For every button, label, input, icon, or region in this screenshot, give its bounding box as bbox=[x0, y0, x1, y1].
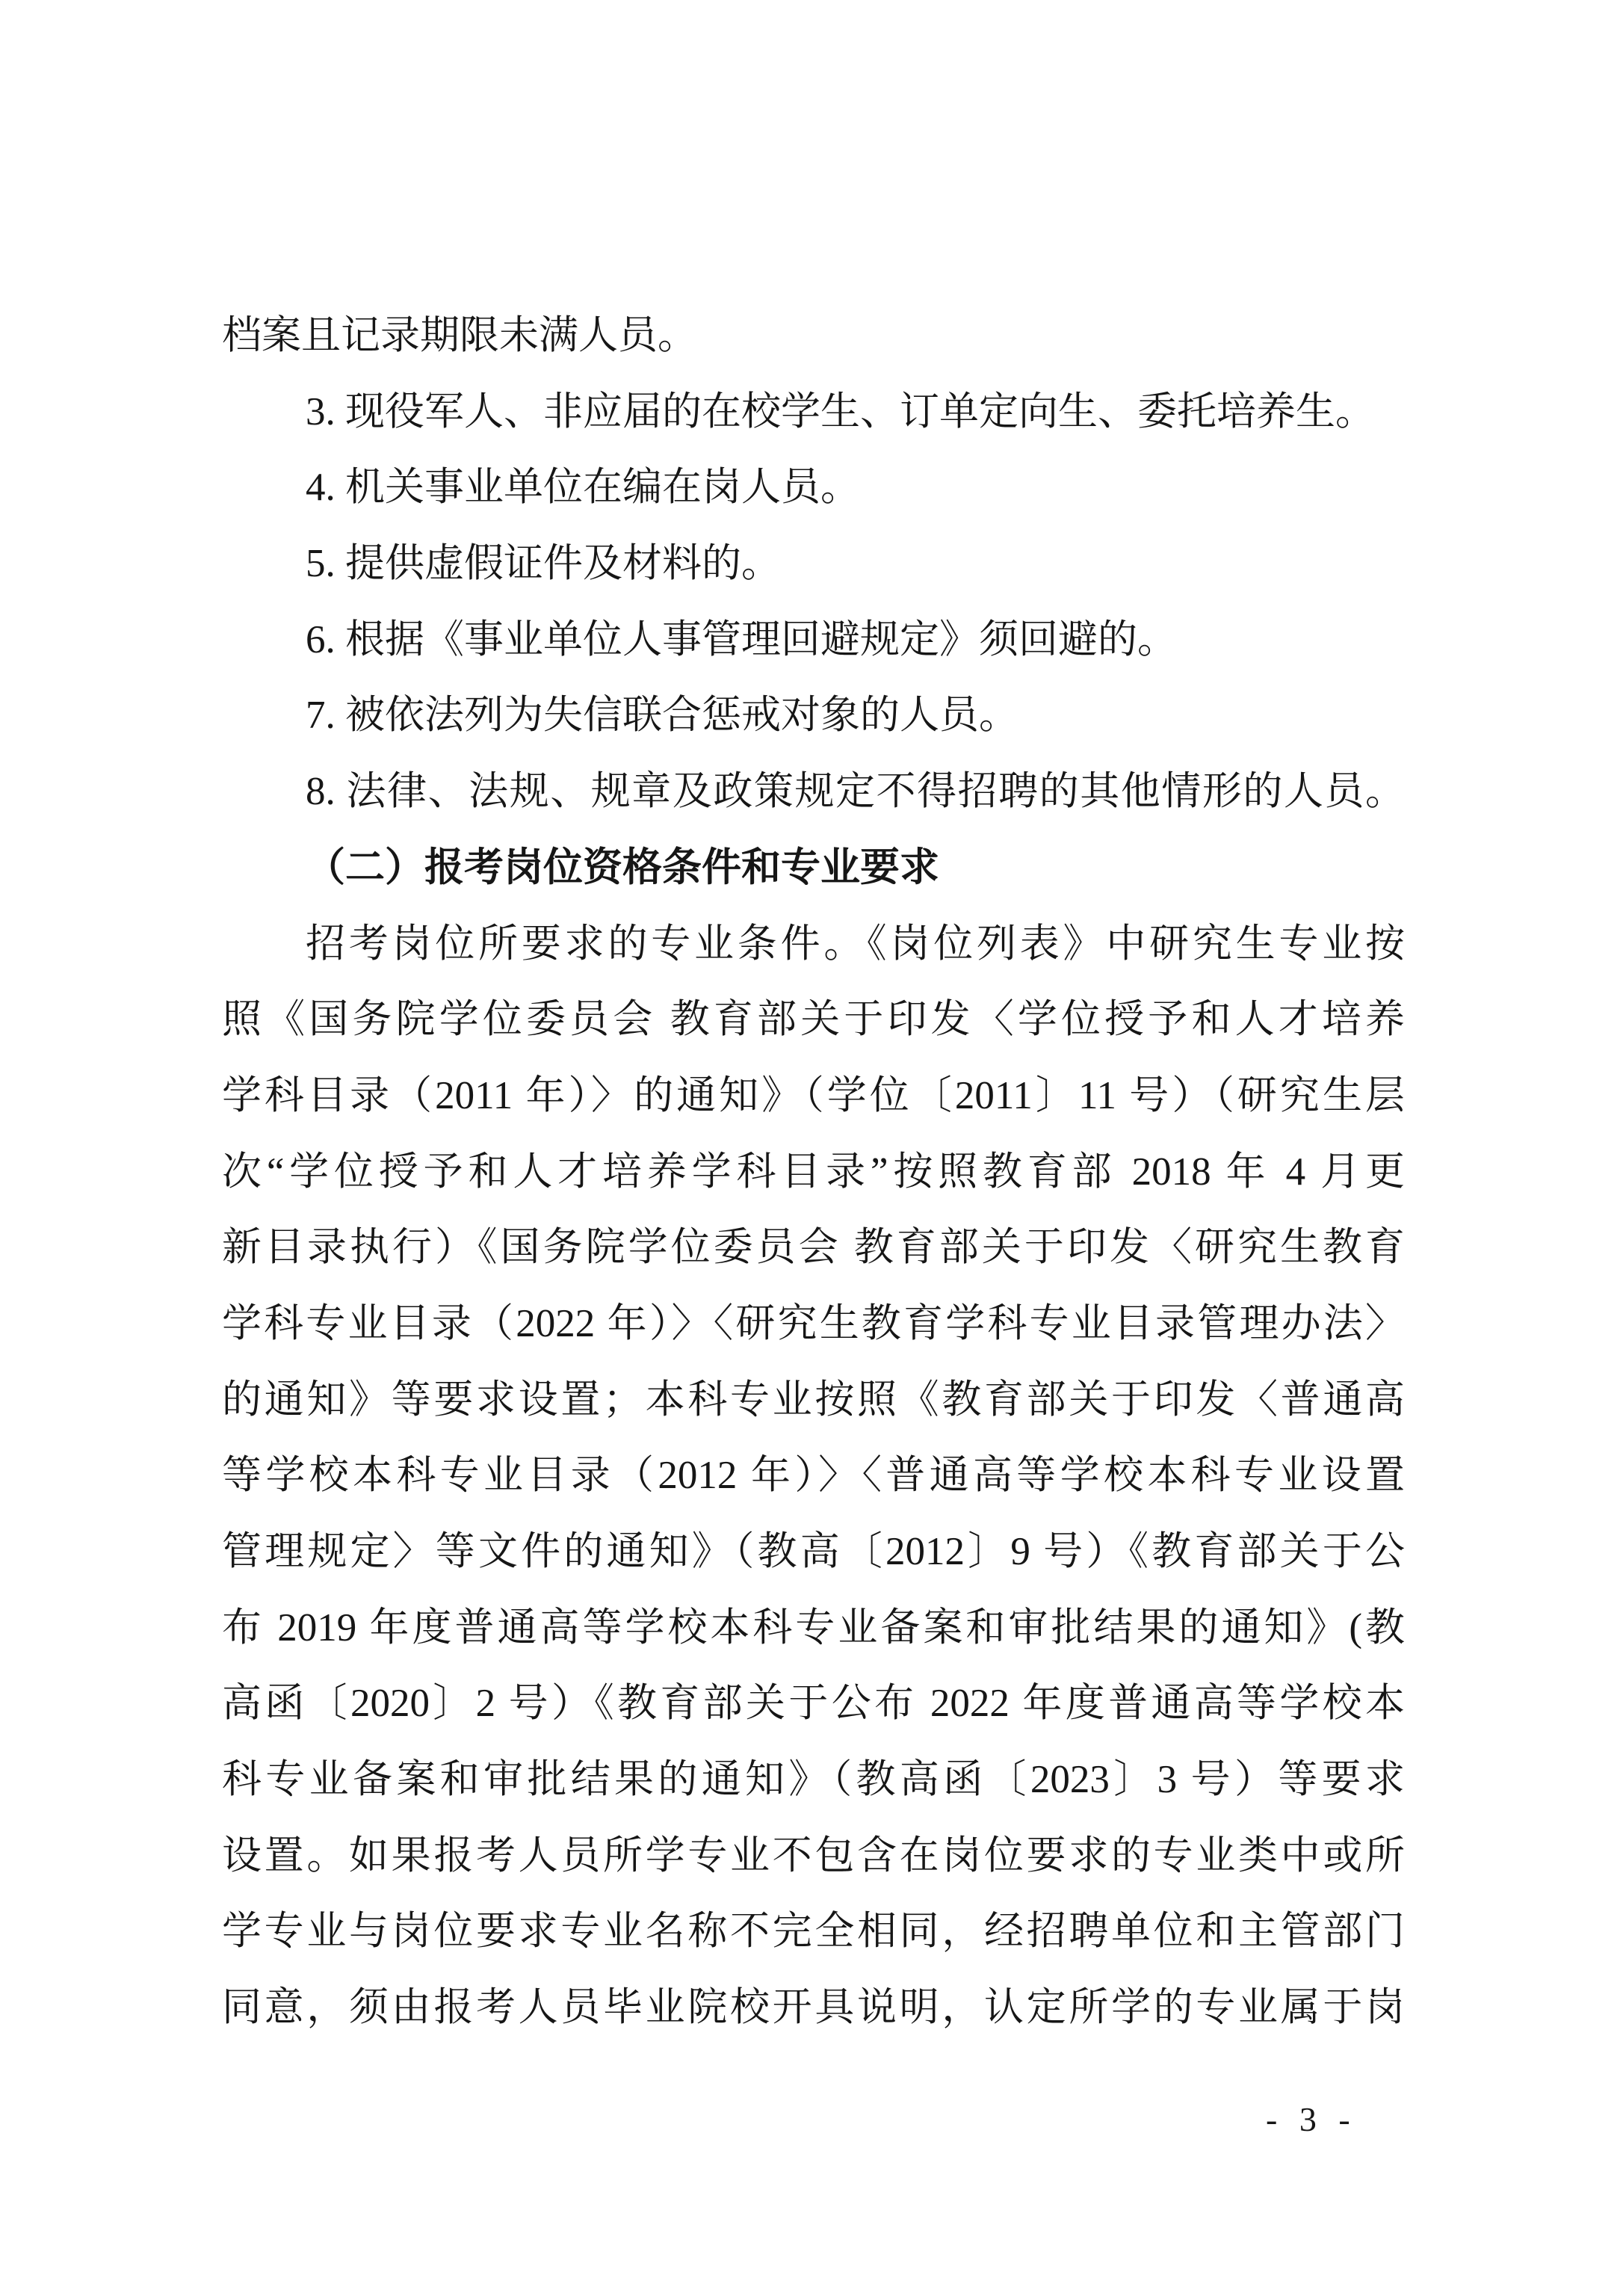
document-body: 档案且记录期限未满人员。3. 现役军人、非应届的在校学生、订单定向生、委托培养生… bbox=[222, 298, 1405, 2046]
body-line: 管理规定〉等文件的通知》（教高〔2012〕9 号）《教育部关于公 bbox=[222, 1514, 1405, 1590]
body-line: 学科专业目录（2022 年）〉〈研究生教育学科专业目录管理办法〉 bbox=[222, 1286, 1405, 1363]
page-number: - 3 - bbox=[1266, 2097, 1357, 2142]
body-line: 设置。如果报考人员所学专业不包含在岗位要求的专业类中或所 bbox=[222, 1818, 1405, 1895]
body-line: 的通知》等要求设置；本科专业按照《教育部关于印发〈普通高 bbox=[222, 1363, 1405, 1439]
body-line: 学科目录（2011 年）〉的通知》（学位〔2011〕11 号）（研究生层 bbox=[222, 1058, 1405, 1135]
list-item: 4. 机关事业单位在编在岗人员。 bbox=[222, 450, 1405, 526]
body-line: 招考岗位所要求的专业条件。《岗位列表》中研究生专业按 bbox=[222, 907, 1405, 983]
body-line: 档案且记录期限未满人员。 bbox=[222, 298, 1405, 374]
list-item: 3. 现役军人、非应届的在校学生、订单定向生、委托培养生。 bbox=[222, 374, 1405, 451]
body-line: 同意，须由报考人员毕业院校开具说明，认定所学的专业属于岗 bbox=[222, 1970, 1405, 2046]
body-line: 科专业备案和审批结果的通知》（教高函〔2023〕3 号）等要求 bbox=[222, 1742, 1405, 1818]
document-page: 档案且记录期限未满人员。3. 现役军人、非应届的在校学生、订单定向生、委托培养生… bbox=[0, 0, 1623, 2296]
body-line: 布 2019 年度普通高等学校本科专业备案和审批结果的通知》(教 bbox=[222, 1590, 1405, 1667]
section-heading: （二）报考岗位资格条件和专业要求 bbox=[222, 830, 1405, 907]
body-line: 新目录执行）《国务院学位委员会 教育部关于印发〈研究生教育 bbox=[222, 1210, 1405, 1286]
list-item: 6. 根据《事业单位人事管理回避规定》须回避的。 bbox=[222, 602, 1405, 679]
body-line: 次“学位授予和人才培养学科目录”按照教育部 2018 年 4 月更 bbox=[222, 1135, 1405, 1211]
body-line: 照《国务院学位委员会 教育部关于印发〈学位授予和人才培养 bbox=[222, 982, 1405, 1058]
body-line: 等学校本科专业目录（2012 年）〉〈普通高等学校本科专业设置 bbox=[222, 1438, 1405, 1514]
list-item: 7. 被依法列为失信联合惩戒对象的人员。 bbox=[222, 678, 1405, 754]
body-line: 学专业与岗位要求专业名称不完全相同，经招聘单位和主管部门 bbox=[222, 1894, 1405, 1970]
list-item: 5. 提供虚假证件及材料的。 bbox=[222, 526, 1405, 602]
body-line: 高函〔2020〕2 号）《教育部关于公布 2022 年度普通高等学校本 bbox=[222, 1666, 1405, 1742]
list-item: 8. 法律、法规、规章及政策规定不得招聘的其他情形的人员。 bbox=[222, 754, 1405, 830]
